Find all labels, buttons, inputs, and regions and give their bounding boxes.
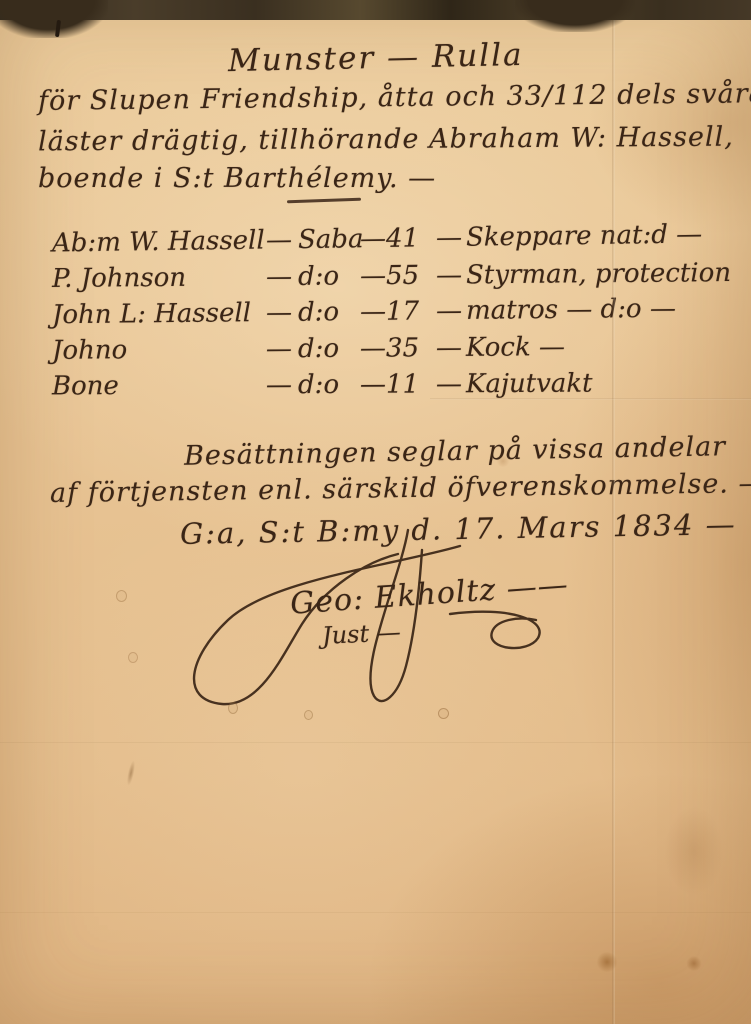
manuscript-photo: Munster — Rulla för Slupen Friendship, å…	[0, 0, 751, 1024]
paper-stain	[496, 455, 510, 467]
horizontal-crease	[430, 398, 751, 400]
dash-separator: —	[432, 333, 466, 363]
section-divider-stroke	[287, 198, 361, 204]
crew-name: Johno	[52, 334, 260, 365]
dash-separator: —	[260, 225, 298, 256]
crew-row: John L: Hassell — d:o — 17 — matros — d:…	[52, 294, 676, 331]
dash-separator: —	[260, 334, 298, 364]
paper-stain	[128, 652, 138, 663]
dash-separator: —	[360, 333, 386, 363]
crew-name: John L: Hassell	[52, 298, 260, 330]
crew-row: Johno — d:o — 35 — Kock —	[52, 332, 565, 366]
crew-origin: d:o	[298, 334, 360, 364]
crew-role: matros — d:o —	[466, 294, 676, 326]
intro-line: läster drägtig, tillhörande Abraham W: H…	[38, 122, 734, 158]
dash-separator: —	[260, 370, 298, 400]
crew-name: Bone	[52, 370, 260, 401]
paper-stain	[438, 708, 449, 719]
binding-shadow	[0, 0, 108, 38]
dash-separator: —	[360, 297, 386, 327]
dash-separator: —	[360, 370, 386, 400]
paper-stain	[116, 590, 127, 602]
dash-separator: —	[360, 261, 386, 291]
closing-line: Besättningen seglar på vissa andelar	[184, 431, 727, 471]
dash-separator: —	[432, 369, 466, 399]
vertical-crease	[612, 18, 615, 1024]
paper-stain	[596, 952, 618, 972]
crew-age: 11	[386, 369, 432, 399]
dash-separator: —	[360, 224, 386, 254]
crew-role: Kajutvakt	[466, 369, 593, 400]
dash-separator: —	[432, 223, 466, 253]
crew-name: Ab:m W. Hassell	[52, 226, 260, 259]
crew-origin: d:o	[298, 297, 360, 328]
crew-row: Bone — d:o — 11 — Kajutvakt	[52, 369, 593, 402]
crew-row: P. Johnson — d:o — 55 — Styrman, protect…	[52, 258, 731, 294]
crew-role: Kock —	[466, 332, 565, 363]
paper-stain	[664, 806, 724, 896]
paper-stain	[304, 710, 313, 720]
intro-line: boende i S:t Barthélemy. —	[38, 163, 436, 194]
dash-separator: —	[260, 262, 298, 292]
crew-role: Styrman, protection	[466, 258, 731, 290]
crew-age: 17	[386, 296, 432, 326]
crew-age: 55	[386, 261, 432, 291]
crew-age: 35	[386, 333, 432, 363]
signature-title: Just —	[321, 618, 401, 650]
crew-name: P. Johnson	[52, 262, 260, 294]
dash-separator: —	[432, 260, 466, 290]
paper-stain	[228, 702, 238, 714]
crew-origin: d:o	[298, 261, 360, 292]
intro-line: för Slupen Friendship, åtta och 33/112 d…	[38, 78, 751, 117]
horizontal-crease	[0, 912, 751, 913]
dash-separator: —	[432, 296, 466, 326]
paper-stain	[125, 760, 136, 787]
document-title: Munster — Rulla	[228, 37, 524, 79]
paper-stain	[686, 956, 702, 971]
crew-origin: Saba	[298, 224, 360, 255]
crew-age: 41	[386, 223, 432, 254]
crew-role: Skeppare nat:d —	[466, 219, 703, 252]
crew-row: Ab:m W. Hassell — Saba — 41 — Skeppare n…	[52, 219, 703, 258]
binding-shadow	[515, 0, 635, 32]
horizontal-crease	[0, 742, 751, 743]
dash-separator: —	[260, 298, 298, 328]
closing-line: af förtjensten enl. särskild öfverenskom…	[50, 468, 751, 509]
manuscript-page: Munster — Rulla för Slupen Friendship, å…	[0, 0, 751, 1024]
book-binding-edge	[0, 0, 751, 20]
crew-origin: d:o	[298, 370, 360, 400]
